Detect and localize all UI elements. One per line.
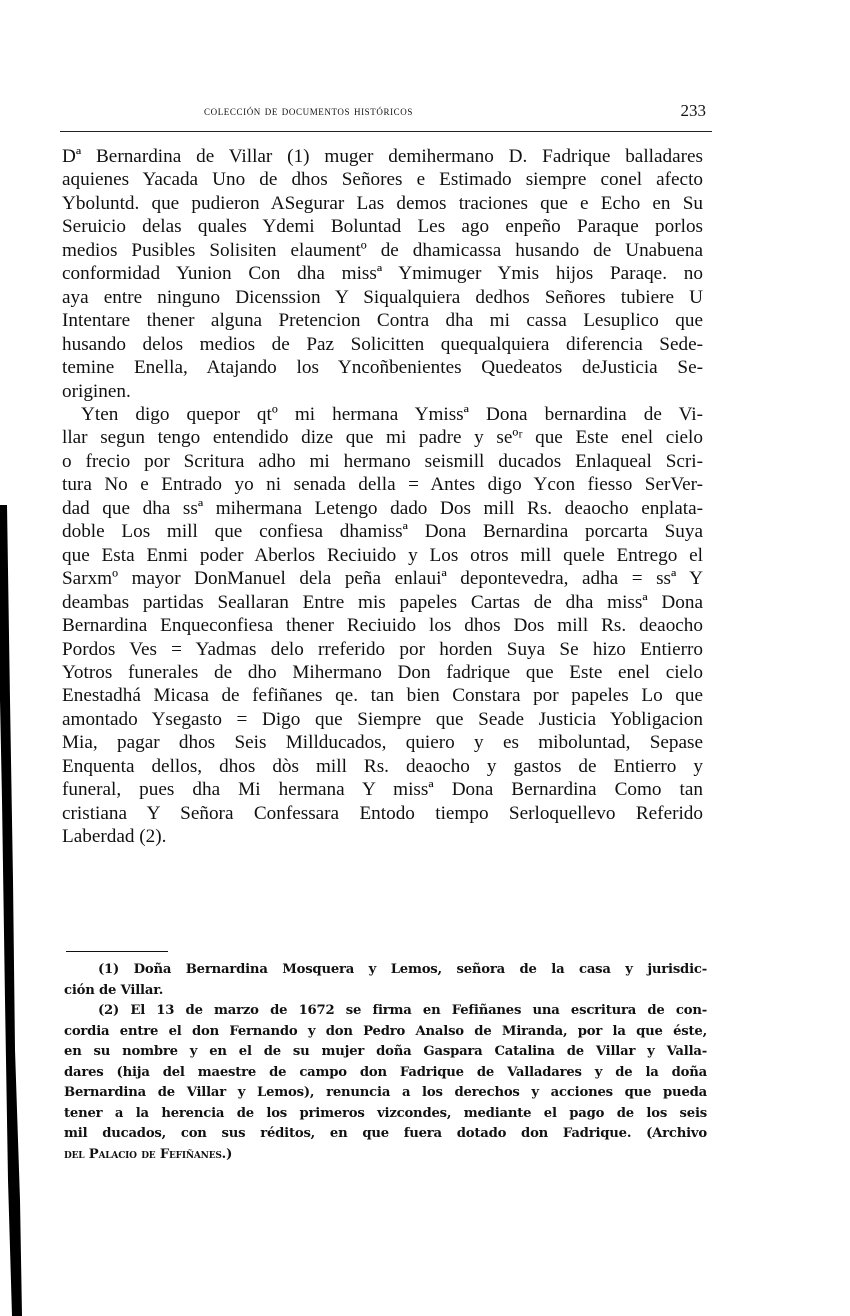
text-line: aquienes Yacada Uno de dhos Señores e Es… — [62, 168, 703, 191]
text-line: Yotros funerales de dho Mihermano Don fa… — [62, 661, 703, 684]
text-line: Pordos Ves = Yadmas delo rreferido por h… — [62, 638, 703, 661]
text-line: Intentare thener alguna Pretencion Contr… — [62, 309, 703, 332]
text-line: Enestadhá Micasa de fefiñanes qe. tan bi… — [62, 684, 703, 707]
footnote-line: cordia entre el don Fernando y don Pedro… — [64, 1022, 707, 1043]
footnotes: (1) Doña Bernardina Mosquera y Lemos, se… — [64, 960, 707, 1165]
footnote-line: en su nombre y en el de su mujer doña Ga… — [64, 1042, 707, 1063]
text-line: Bernardina Enqueconfiesa thener Reciuido… — [62, 614, 703, 637]
text-line: conformidad Yunion Con dha missª Ymimuge… — [62, 262, 703, 285]
text-line: Laberdad (2). — [62, 825, 703, 848]
text-line: llar segun tengo entendido dize que mi p… — [62, 426, 703, 449]
text-line: Yten digo quepor qtº mi hermana Ymissª D… — [62, 403, 703, 426]
text-line: o frecio por Scritura adho mi hermano se… — [62, 450, 703, 473]
text-line: dad que dha ssª mihermana Letengo dado D… — [62, 497, 703, 520]
footnote-2: (2) El 13 de marzo de 1672 se firma en F… — [64, 1001, 707, 1165]
main-text: Dª Bernardina de Villar (1) muger demihe… — [62, 145, 703, 849]
running-header: Colección de documentos históricos 233 — [200, 103, 710, 125]
header-rule — [60, 131, 712, 132]
footnote-line: (2) El 13 de marzo de 1672 se firma en F… — [64, 1001, 707, 1022]
text-line: deambas partidas Seallaran Entre mis pap… — [62, 591, 703, 614]
text-line: cristiana Y Señora Confessara Entodo tie… — [62, 802, 703, 825]
text-line: Sarxmº mayor DonManuel dela peña enlauiª… — [62, 567, 703, 590]
footnote-line: del Palacio de Fefiñanes.) — [64, 1145, 707, 1166]
page-number: 233 — [681, 101, 707, 121]
text-line: aya entre ninguno Dicenssion Y Siqualqui… — [62, 286, 703, 309]
text-line: Mia, pagar dhos Seis Millducados, quiero… — [62, 731, 703, 754]
text-line: Yboluntd. que pudieron ASegurar Las demo… — [62, 192, 703, 215]
paragraph-2: Yten digo quepor qtº mi hermana Ymissª D… — [62, 403, 703, 849]
text-line: Enquenta dellos, dhos dòs mill Rs. deaoc… — [62, 755, 703, 778]
text-line: originen. — [62, 380, 703, 403]
footnote-line: (1) Doña Bernardina Mosquera y Lemos, se… — [64, 960, 707, 981]
text-line: Seruicio delas quales Ydemi Boluntad Les… — [62, 215, 703, 238]
text-line: tura No e Entrado yo ni senada della = A… — [62, 473, 703, 496]
footnote-line: Bernardina de Villar y Lemos), renuncia … — [64, 1083, 707, 1104]
paragraph-1: Dª Bernardina de Villar (1) muger demihe… — [62, 145, 703, 403]
text-line: husando delos medios de Paz Solicitten q… — [62, 333, 703, 356]
footnote-line: ción de Villar. — [64, 981, 707, 1002]
text-line: temine Enella, Atajando los Yncoñbenient… — [62, 356, 703, 379]
text-line: amontado Ysegasto = Digo que Siempre que… — [62, 708, 703, 731]
footnote-line: tener a la herencia de los primeros vizc… — [64, 1104, 707, 1125]
text-line: medios Pusibles Solisiten elaumentº de d… — [62, 239, 703, 262]
text-line: que Esta Enmi poder Aberlos Reciuido y L… — [62, 544, 703, 567]
text-line: funeral, pues dha Mi hermana Y missª Don… — [62, 778, 703, 801]
footnote-rule — [66, 951, 168, 952]
footnote-1: (1) Doña Bernardina Mosquera y Lemos, se… — [64, 960, 707, 1001]
text-line: doble Los mill que confiesa dhamissª Don… — [62, 520, 703, 543]
footnote-line: dares (hija del maestre de campo don Fad… — [64, 1063, 707, 1084]
text-line: Dª Bernardina de Villar (1) muger demihe… — [62, 145, 703, 168]
footnote-line: mil ducados, con sus réditos, en que fue… — [64, 1124, 707, 1145]
running-title: Colección de documentos históricos — [204, 103, 413, 119]
